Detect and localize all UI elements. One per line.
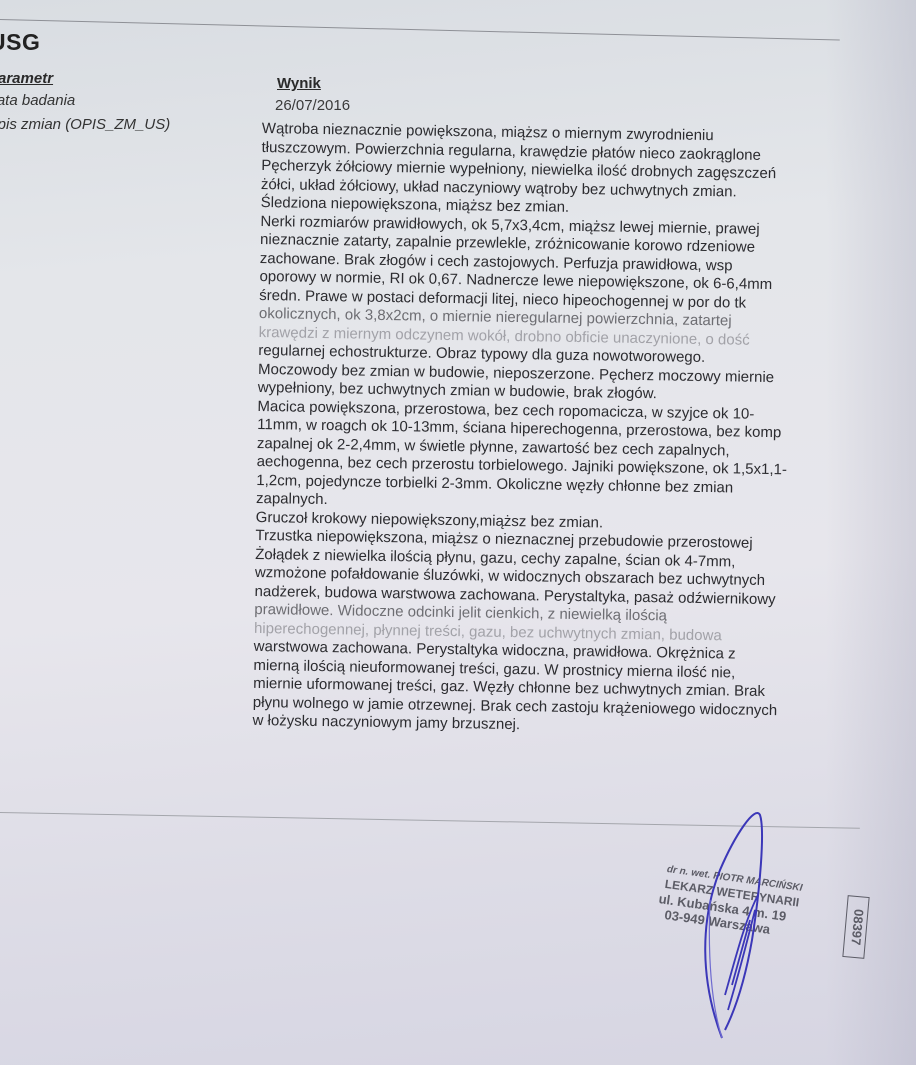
veterinarian-stamp: dr n. wet. PIOTR MARCIŃSKI LEKARZ WETERY… — [660, 862, 804, 940]
parameter-column-header: Parametr — [0, 70, 53, 87]
parameter-description-label: Opis zmian (OPIS_ZM_US) — [0, 116, 170, 133]
parameter-exam-date-label: Data badania — [0, 92, 75, 109]
top-divider — [0, 19, 840, 41]
result-column-header: Wynik — [277, 75, 321, 92]
exam-date-value: 26/07/2016 — [275, 97, 350, 114]
signature-stamp-area: dr n. wet. PIOTR MARCIŃSKI LEKARZ WETERY… — [640, 800, 916, 1065]
document-title: USG — [0, 29, 40, 56]
stamp-license-number: 08397 — [842, 895, 869, 959]
ultrasound-report-text: Wątroba nieznacznie powiększona, miąższ … — [252, 120, 916, 741]
